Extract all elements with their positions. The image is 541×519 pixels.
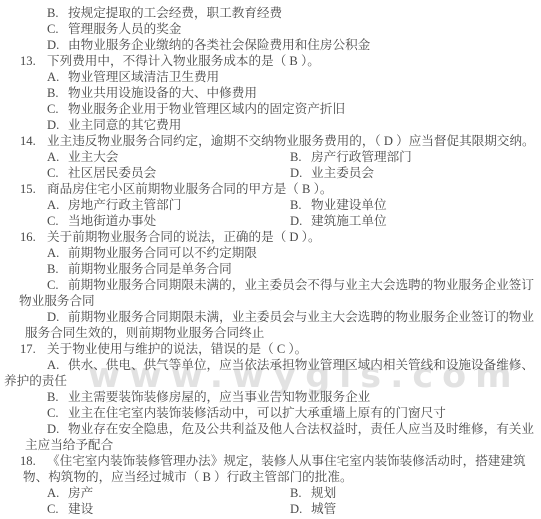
option-line: D.业主同意的其它费用 bbox=[0, 117, 541, 133]
option-line: C.物业服务企业用于物业管理区域内的固定资产折旧 bbox=[0, 101, 541, 117]
option-text: 物业存在安全隐患，危及公共利益及他人合法权益时，责任人应当及时维修，有关业 bbox=[68, 422, 534, 436]
option-text: 社区居民委员会 bbox=[68, 166, 156, 180]
option-line: D.物业存在安全隐患，危及公共利益及他人合法权益时，责任人应当及时维修，有关业 bbox=[0, 421, 541, 437]
option-text: 业主需要装饰装修房屋的，应当事业告知物业服务企业 bbox=[68, 390, 370, 404]
option-pair-line: C.当地街道办事处D.建筑施工单位 bbox=[0, 213, 541, 229]
option-letter: C. bbox=[47, 165, 68, 181]
option-letter: C. bbox=[47, 21, 68, 37]
option-text: 房产 bbox=[68, 486, 93, 500]
wrapped-text-line: 养护的责任 bbox=[0, 373, 541, 389]
option-letter: D. bbox=[47, 309, 68, 325]
question-number: 13. bbox=[20, 53, 47, 69]
option-letter: A. bbox=[47, 485, 68, 501]
option-pair-line: C.社区居民委员会D.业主委员会 bbox=[0, 165, 541, 181]
option-letter: C. bbox=[47, 101, 68, 117]
option-right-column: B.物业建设单位 bbox=[290, 197, 387, 213]
option-text: 规划 bbox=[311, 486, 336, 500]
option-letter: A. bbox=[47, 149, 68, 165]
option-text: 物业服务企业用于物业管理区域内的固定资产折旧 bbox=[68, 102, 345, 116]
option-letter: D. bbox=[290, 501, 311, 517]
wrapped-text-line: 服务合同生效的，则前期物业服务合同终止 bbox=[0, 325, 541, 341]
option-letter: B. bbox=[290, 197, 311, 213]
question-number: 16. bbox=[20, 229, 47, 245]
option-right-column: D.业主委员会 bbox=[290, 165, 374, 181]
question-text: 业主违反物业服务合同约定，逾期不交纳物业服务费用的，（ D ）应当督促其限期交纳… bbox=[47, 134, 535, 148]
exam-document: B.按规定提取的工会经费，职工教育经费C.管理服务人员的奖金D.由物业服务企业缴… bbox=[0, 5, 541, 517]
option-text: 物业管理区域清洁卫生费用 bbox=[68, 70, 219, 84]
question-number: 14. bbox=[20, 133, 47, 149]
option-text: 建设 bbox=[68, 502, 93, 516]
option-text: 业主大会 bbox=[68, 150, 118, 164]
question-line: 17.关于物业使用与维护的说法，错误的是（ C ）。 bbox=[0, 341, 541, 357]
question-text: 关于物业使用与维护的说法，错误的是（ C ）。 bbox=[47, 342, 307, 356]
option-letter: C. bbox=[47, 277, 68, 293]
option-letter: D. bbox=[47, 421, 68, 437]
option-text: 房地产行政主管部门 bbox=[68, 198, 181, 212]
question-text: 商品房住宅小区前期物业服务合同的甲方是（ B ）。 bbox=[47, 182, 332, 196]
option-line: B.前期物业服务合同是单务合同 bbox=[0, 261, 541, 277]
option-letter: D. bbox=[290, 165, 311, 181]
option-letter: B. bbox=[47, 5, 68, 21]
option-letter: D. bbox=[47, 37, 68, 53]
option-text: 物业共用设施设备的大、中修费用 bbox=[68, 86, 257, 100]
option-letter: B. bbox=[47, 389, 68, 405]
question-line: 15.商品房住宅小区前期物业服务合同的甲方是（ B ）。 bbox=[0, 181, 541, 197]
wrapped-text-line: 主应当给予配合 bbox=[0, 437, 541, 453]
option-line: A.物业管理区域清洁卫生费用 bbox=[0, 69, 541, 85]
option-text: 房产行政管理部门 bbox=[311, 150, 412, 164]
option-letter: C. bbox=[47, 501, 68, 517]
option-letter: A. bbox=[47, 357, 68, 373]
option-text: 业主同意的其它费用 bbox=[68, 118, 181, 132]
option-text: 前期物业服务合同可以不约定期限 bbox=[68, 246, 257, 260]
question-number: 18. bbox=[20, 453, 47, 469]
question-number: 15. bbox=[20, 181, 47, 197]
option-letter: C. bbox=[47, 405, 68, 421]
option-text: 城管 bbox=[311, 502, 336, 516]
option-letter: B. bbox=[290, 149, 311, 165]
option-line: A.前期物业服务合同可以不约定期限 bbox=[0, 245, 541, 261]
option-text: 前期物业服务合同期限未满，业主委员会与业主大会选聘的物业服务企业签订的物业 bbox=[68, 310, 534, 324]
option-text: 建筑施工单位 bbox=[311, 214, 387, 228]
option-text: 管理服务人员的奖金 bbox=[68, 22, 181, 36]
question-line: 18.《住宅室内装饰装修管理办法》规定，装修人从事住宅室内装饰装修活动时，搭建建… bbox=[0, 453, 541, 469]
option-line: B.按规定提取的工会经费，职工教育经费 bbox=[0, 5, 541, 21]
option-right-column: B.规划 bbox=[290, 485, 336, 501]
option-letter: D. bbox=[290, 213, 311, 229]
option-pair-line: C.建设D.城管 bbox=[0, 501, 541, 517]
option-letter: A. bbox=[47, 245, 68, 261]
option-letter: A. bbox=[47, 69, 68, 85]
option-line: C.业主在住宅室内装饰装修活动中，可以扩大承重墙上原有的门窗尺寸 bbox=[0, 405, 541, 421]
option-text: 业主委员会 bbox=[311, 166, 374, 180]
option-pair-line: A.房地产行政主管部门B.物业建设单位 bbox=[0, 197, 541, 213]
option-line: C.管理服务人员的奖金 bbox=[0, 21, 541, 37]
question-line: 14.业主违反物业服务合同约定，逾期不交纳物业服务费用的，（ D ）应当督促其限… bbox=[0, 133, 541, 149]
option-pair-line: A.房产B.规划 bbox=[0, 485, 541, 501]
option-line: D.由物业服务企业缴纳的各类社会保险费用和住房公积金 bbox=[0, 37, 541, 53]
question-line: 16.关于前期物业服务合同的说法，正确的是（ D ）。 bbox=[0, 229, 541, 245]
question-text: 下列费用中，不得计入物业服务成本的是（ B ）。 bbox=[47, 54, 320, 68]
option-text: 供水、供电、供气等单位，应当依法承担物业管理区域内相关管线和设施设备维修、 bbox=[68, 358, 534, 372]
option-letter: B. bbox=[47, 85, 68, 101]
question-text: 《住宅室内装饰装修管理办法》规定，装修人从事住宅室内装饰装修活动时，搭建建筑 bbox=[47, 454, 526, 468]
option-text: 物业建设单位 bbox=[311, 198, 387, 212]
wrapped-text-line: 物业服务合同 bbox=[0, 293, 541, 309]
wrapped-text-line: 物、构筑物的，应当经过城市（ B ）行政主管部门的批准。 bbox=[0, 469, 541, 485]
option-text: 前期物业服务合同是单务合同 bbox=[68, 262, 232, 276]
option-letter: D. bbox=[47, 117, 68, 133]
option-right-column: B.房产行政管理部门 bbox=[290, 149, 412, 165]
option-line: D.前期物业服务合同期限未满，业主委员会与业主大会选聘的物业服务企业签订的物业 bbox=[0, 309, 541, 325]
option-text: 当地街道办事处 bbox=[68, 214, 156, 228]
option-line: A.供水、供电、供气等单位，应当依法承担物业管理区域内相关管线和设施设备维修、 bbox=[0, 357, 541, 373]
option-letter: B. bbox=[290, 485, 311, 501]
option-text: 按规定提取的工会经费，职工教育经费 bbox=[68, 6, 282, 20]
option-line: B.业主需要装饰装修房屋的，应当事业告知物业服务企业 bbox=[0, 389, 541, 405]
option-text: 前期物业服务合同期限未满的，业主委员会不得与业主大会选聘的物业服务企业签订 bbox=[68, 278, 534, 292]
option-letter: B. bbox=[47, 261, 68, 277]
option-line: B.物业共用设施设备的大、中修费用 bbox=[0, 85, 541, 101]
question-text: 关于前期物业服务合同的说法，正确的是（ D ）。 bbox=[47, 230, 321, 244]
option-letter: C. bbox=[47, 213, 68, 229]
option-right-column: D.建筑施工单位 bbox=[290, 213, 387, 229]
question-line: 13.下列费用中，不得计入物业服务成本的是（ B ）。 bbox=[0, 53, 541, 69]
question-number: 17. bbox=[20, 341, 47, 357]
option-text: 由物业服务企业缴纳的各类社会保险费用和住房公积金 bbox=[68, 38, 370, 52]
option-pair-line: A.业主大会B.房产行政管理部门 bbox=[0, 149, 541, 165]
option-letter: A. bbox=[47, 197, 68, 213]
option-text: 业主在住宅室内装饰装修活动中，可以扩大承重墙上原有的门窗尺寸 bbox=[68, 406, 446, 420]
option-right-column: D.城管 bbox=[290, 501, 336, 517]
option-line: C.前期物业服务合同期限未满的，业主委员会不得与业主大会选聘的物业服务企业签订 bbox=[0, 277, 541, 293]
